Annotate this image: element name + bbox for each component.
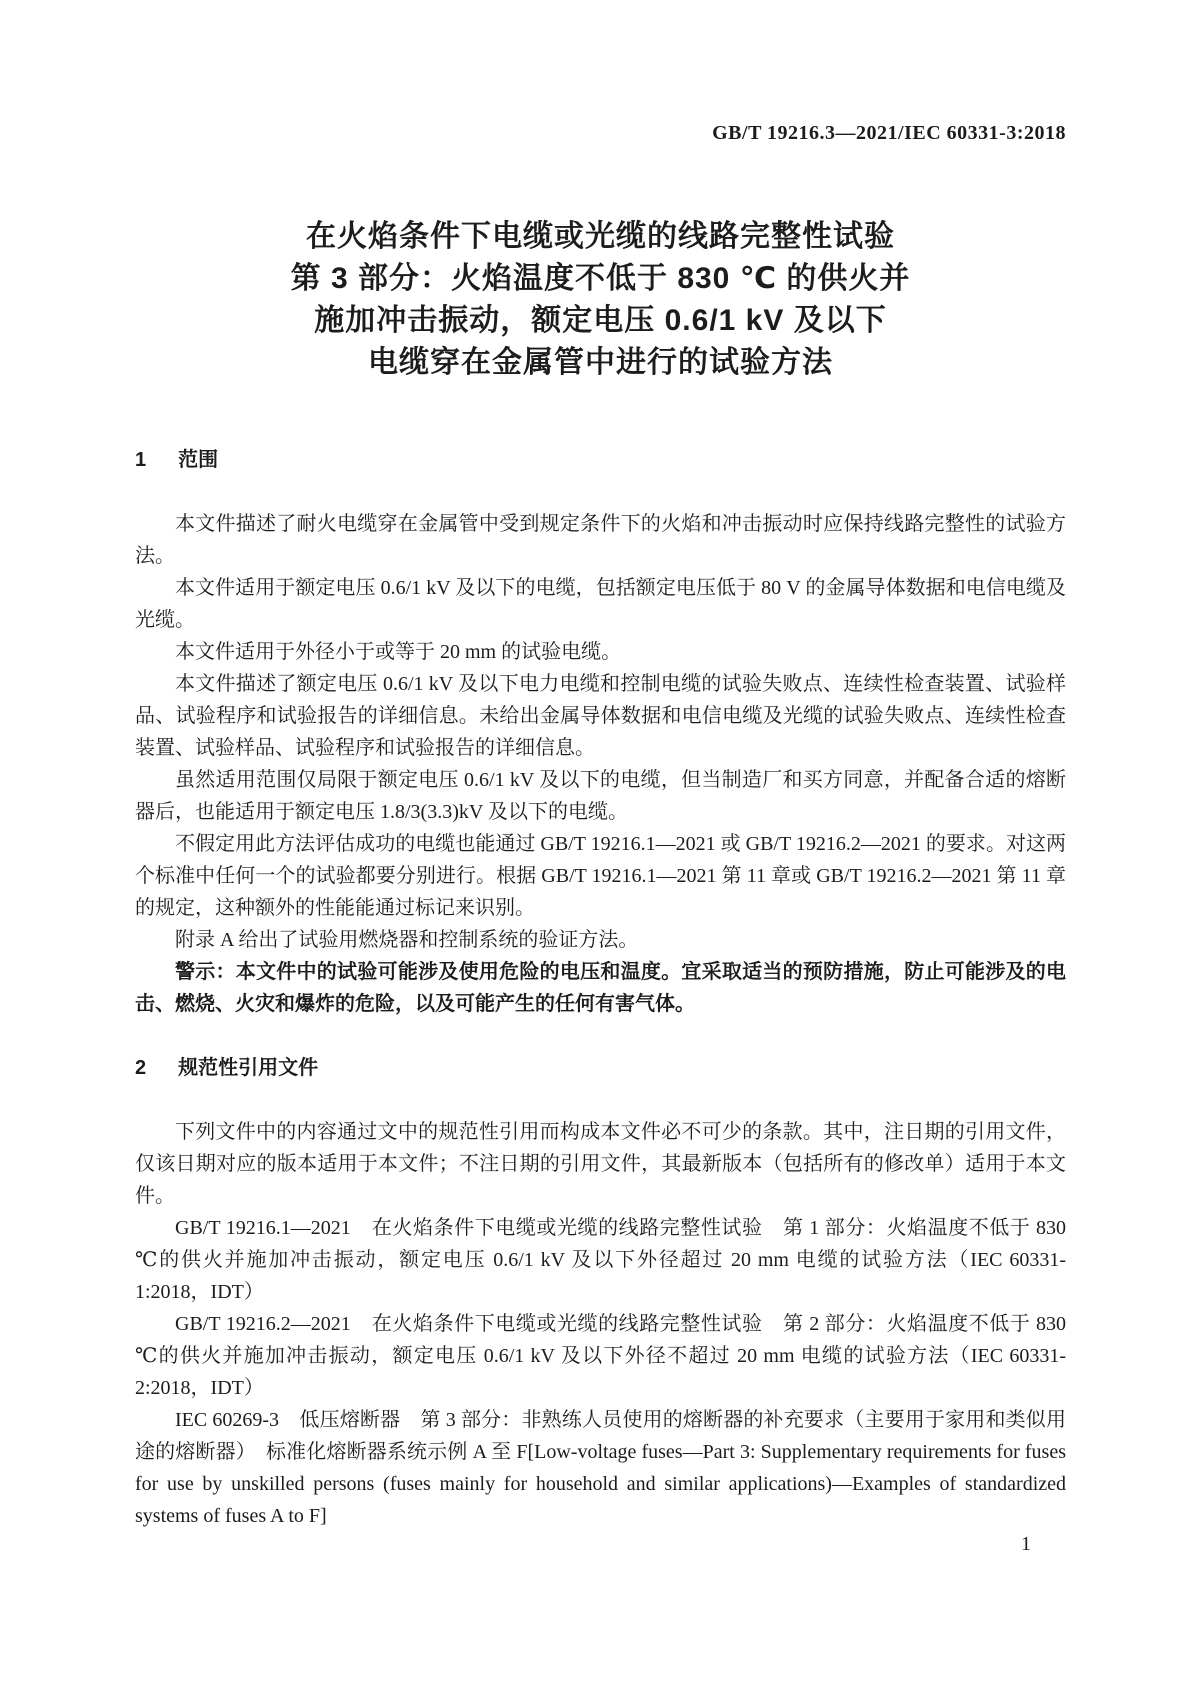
scope-paragraph-6: 不假定用此方法评估成功的电缆也能通过 GB/T 19216.1—2021 或 G…	[135, 828, 1066, 924]
scope-paragraph-2: 本文件适用于额定电压 0.6/1 kV 及以下的电缆，包括额定电压低于 80 V…	[135, 572, 1066, 636]
reference-paragraph-2: GB/T 19216.2—2021 在火焰条件下电缆或光缆的线路完整性试验 第 …	[135, 1308, 1066, 1404]
clause-2-heading: 2规范性引用文件	[135, 1052, 1066, 1084]
standard-number-header: GB/T 19216.3—2021/IEC 60331-3:2018	[135, 0, 1066, 148]
document-page: { "document": { "standard_number": "GB/T…	[0, 0, 1191, 1684]
scope-paragraph-5: 虽然适用范围仅局限于额定电压 0.6/1 kV 及以下的电缆，但当制造厂和买方同…	[135, 764, 1066, 828]
title-line-2: 第 3 部分：火焰温度不低于 830 ℃ 的供火并	[135, 258, 1066, 300]
normative-references-intro: 下列文件中的内容通过文中的规范性引用而构成本文件必不可少的条款。其中，注日期的引…	[135, 1116, 1066, 1212]
warning-paragraph: 警示：本文件中的试验可能涉及使用危险的电压和温度。宜采取适当的预防措施，防止可能…	[135, 956, 1066, 1020]
page-number: 1	[1021, 1528, 1031, 1560]
clause-1-heading: 1范围	[135, 444, 1066, 476]
reference-paragraph-1: GB/T 19216.1—2021 在火焰条件下电缆或光缆的线路完整性试验 第 …	[135, 1212, 1066, 1308]
clause-1-label: 范围	[178, 449, 218, 471]
reference-paragraph-3: IEC 60269-3 低压熔断器 第 3 部分：非熟练人员使用的熔断器的补充要…	[135, 1404, 1066, 1532]
clause-2-label: 规范性引用文件	[178, 1057, 318, 1079]
clause-2-number: 2	[135, 1052, 146, 1084]
document-title: 在火焰条件下电缆或光缆的线路完整性试验 第 3 部分：火焰温度不低于 830 ℃…	[135, 216, 1066, 384]
scope-paragraph-4: 本文件描述了额定电压 0.6/1 kV 及以下电力电缆和控制电缆的试验失败点、连…	[135, 668, 1066, 764]
title-line-3: 施加冲击振动，额定电压 0.6/1 kV 及以下	[135, 300, 1066, 342]
page-content: GB/T 19216.3—2021/IEC 60331-3:2018 在火焰条件…	[135, 0, 1066, 1532]
title-line-1: 在火焰条件下电缆或光缆的线路完整性试验	[135, 216, 1066, 258]
scope-paragraph-7: 附录 A 给出了试验用燃烧器和控制系统的验证方法。	[135, 924, 1066, 956]
scope-paragraph-3: 本文件适用于外径小于或等于 20 mm 的试验电缆。	[135, 636, 1066, 668]
title-line-4: 电缆穿在金属管中进行的试验方法	[135, 342, 1066, 384]
clause-1-number: 1	[135, 444, 146, 476]
scope-paragraph-1: 本文件描述了耐火电缆穿在金属管中受到规定条件下的火焰和冲击振动时应保持线路完整性…	[135, 508, 1066, 572]
